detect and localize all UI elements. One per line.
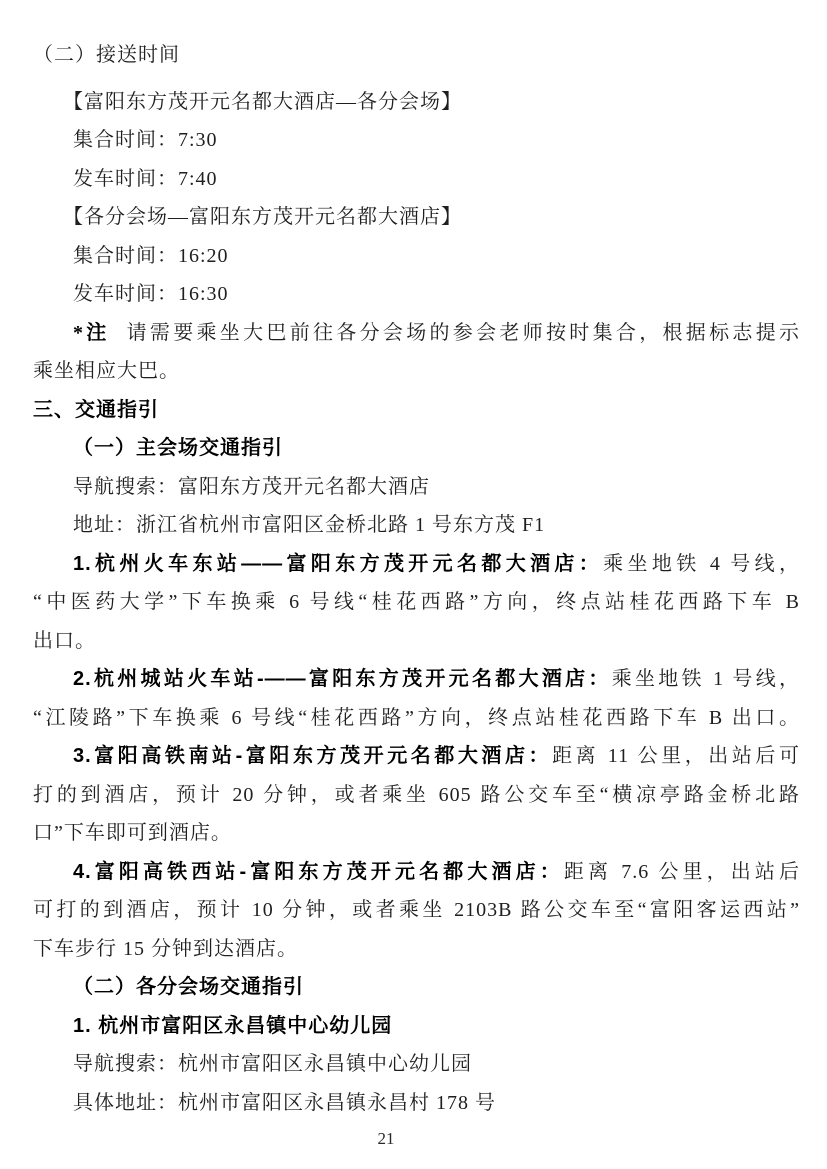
route-item-4-line-3: 下车步行 15 分钟到达酒店。 <box>33 930 800 969</box>
document-content: （二）接送时间 【富阳东方茂开元名都大酒店—各分会场】 集合时间：7:30 发车… <box>33 36 800 1122</box>
main-nav-search: 导航搜索：富阳东方茂开元名都大酒店 <box>33 468 800 507</box>
route-item-3-line-2: 打的到酒店，预计 20 分钟，或者乘坐 605 路公交车至“横凉亭路金桥北路 <box>33 776 800 815</box>
pickup-heading: （二）接送时间 <box>33 36 800 75</box>
route1-gather-time: 集合时间：7:30 <box>33 121 800 160</box>
venue-1-address: 具体地址：杭州市富阳区永昌镇永昌村 178 号 <box>33 1084 800 1123</box>
route2-depart-time: 发车时间：16:30 <box>33 275 800 314</box>
note-line-1: *注请需要乘坐大巴前往各分会场的参会老师按时集合，根据标志提示 <box>33 314 800 353</box>
branch-venues-heading: （二）各分会场交通指引 <box>33 968 800 1007</box>
route-item-4-line-1: 4.富阳高铁西站-富阳东方茂开元名都大酒店：距离 7.6 公里，出站后 <box>33 853 800 892</box>
route1-depart-time: 发车时间：7:40 <box>33 160 800 199</box>
note-line-2: 乘坐相应大巴。 <box>33 352 800 391</box>
route-item-1-lead: 1.杭州火车东站——富阳东方茂开元名都大酒店： <box>73 553 603 575</box>
route-item-3-lead: 3.富阳高铁南站-富阳东方茂开元名都大酒店： <box>73 745 552 767</box>
route2-gather-time: 集合时间：16:20 <box>33 237 800 276</box>
route-item-2-line-1: 2.杭州城站火车站-——富阳东方茂开元名都大酒店：乘坐地铁 1 号线， <box>33 660 800 699</box>
route-item-3-line-1: 3.富阳高铁南站-富阳东方茂开元名都大酒店：距离 11 公里，出站后可 <box>33 737 800 776</box>
route1-title: 【富阳东方茂开元名都大酒店—各分会场】 <box>33 83 800 122</box>
route-item-2-text: 乘坐地铁 1 号线， <box>612 668 800 690</box>
note-text-line1: 请需要乘坐大巴前往各分会场的参会老师按时集合，根据标志提示 <box>127 322 800 344</box>
main-venue-heading: （一）主会场交通指引 <box>33 429 800 468</box>
route-item-4-line-2: 可打的到酒店，预计 10 分钟，或者乘坐 2103B 路公交车至“富阳客运西站” <box>33 891 800 930</box>
route-item-2-lead: 2.杭州城站火车站-——富阳东方茂开元名都大酒店： <box>73 668 612 690</box>
document-page: （二）接送时间 【富阳东方茂开元名都大酒店—各分会场】 集合时间：7:30 发车… <box>0 0 827 1169</box>
route2-title: 【各分会场—富阳东方茂开元名都大酒店】 <box>33 198 800 237</box>
venue-1-nav-search: 导航搜索：杭州市富阳区永昌镇中心幼儿园 <box>33 1045 800 1084</box>
route-item-4-text: 距离 7.6 公里，出站后 <box>564 861 800 883</box>
route-item-1-line-3: 出口。 <box>33 622 800 661</box>
traffic-guide-heading: 三、交通指引 <box>33 391 800 430</box>
route-item-1-line-1: 1.杭州火车东站——富阳东方茂开元名都大酒店：乘坐地铁 4 号线， <box>33 545 800 584</box>
venue-1-title: 1. 杭州市富阳区永昌镇中心幼儿园 <box>33 1007 800 1046</box>
route-item-4-lead: 4.富阳高铁西站-富阳东方茂开元名都大酒店： <box>73 861 564 883</box>
note-label: *注 <box>73 322 110 344</box>
route-item-2-line-2: “江陵路”下车换乘 6 号线“桂花西路”方向，终点站桂花西路下车 B 出口。 <box>33 699 800 738</box>
route-item-3-line-3: 口”下车即可到酒店。 <box>33 814 800 853</box>
route-item-1-text: 乘坐地铁 4 号线， <box>603 553 800 575</box>
route-item-3-text: 距离 11 公里，出站后可 <box>552 745 800 767</box>
route-item-1-line-2: “中医药大学”下车换乘 6 号线“桂花西路”方向，终点站桂花西路下车 B <box>33 583 800 622</box>
page-number: 21 <box>0 1127 772 1151</box>
main-address: 地址：浙江省杭州市富阳区金桥北路 1 号东方茂 F1 <box>33 506 800 545</box>
